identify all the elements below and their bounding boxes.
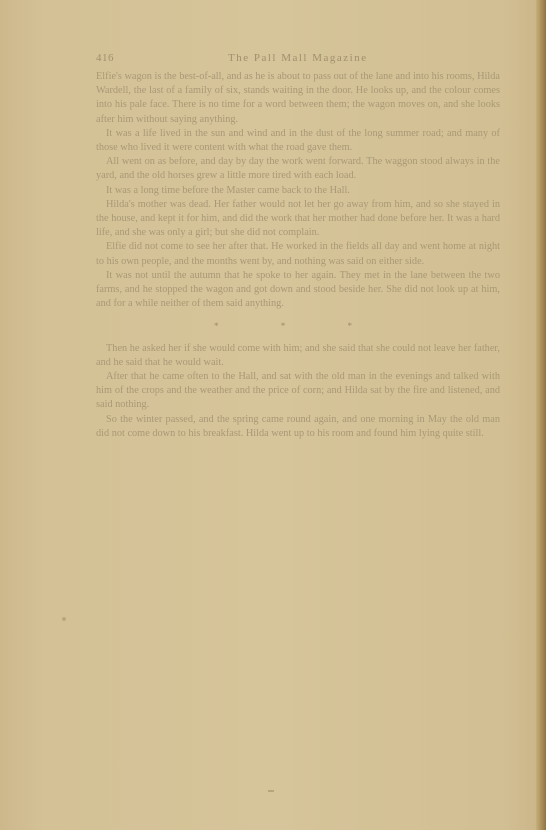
paragraph: All went on as before, and day by day th… — [96, 155, 500, 183]
paragraph: After that he came often to the Hall, an… — [96, 370, 500, 413]
paragraph: It was a long time before the Master cam… — [96, 184, 500, 198]
page-number: 416 — [96, 52, 114, 64]
book-page: 416 The Pall Mall Magazine Elfie's wagon… — [0, 0, 546, 830]
paragraph: Then he asked her if she would come with… — [96, 342, 500, 370]
paragraph: It was a life lived in the sun and wind … — [96, 127, 500, 155]
page-edge-shadow — [536, 0, 546, 830]
paragraph: So the winter passed, and the spring cam… — [96, 413, 500, 441]
paragraph: Hilda's mother was dead. Her father woul… — [96, 198, 500, 241]
running-head-title: The Pall Mall Magazine — [228, 52, 368, 64]
paragraph: It was not until the autumn that he spok… — [96, 269, 500, 312]
body-text: Elfie's wagon is the best-of-all, and as… — [96, 70, 500, 441]
paragraph: Elfie did not come to see her after that… — [96, 240, 500, 268]
footer-mark — [268, 790, 274, 792]
section-ornament: * * * — [96, 319, 500, 333]
running-header: 416 The Pall Mall Magazine — [96, 52, 496, 66]
paragraph: Elfie's wagon is the best-of-all, and as… — [96, 70, 500, 127]
margin-speck — [62, 617, 66, 621]
